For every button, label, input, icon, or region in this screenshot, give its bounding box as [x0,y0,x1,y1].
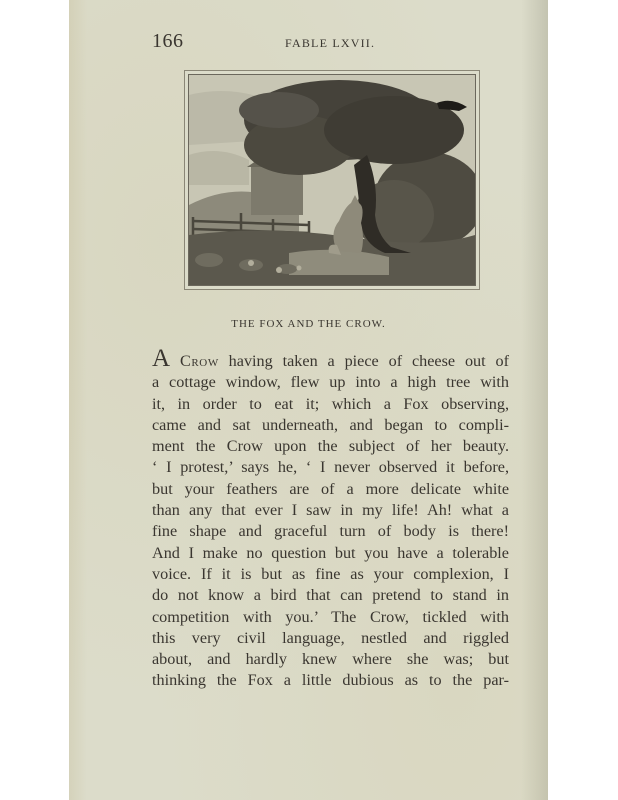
book-page: 166 FABLE LXVII. [69,0,548,800]
fable-title: THE FOX AND THE CROW. [69,318,548,330]
text-line: fine shape and graceful turn of body is … [152,521,509,542]
fable-body: A Crow having taken a piece of cheese ou… [152,346,509,692]
text-line-content: having taken a piece of cheese out of [219,352,509,370]
text-line: than any that ever I saw in my life! Ah!… [152,500,509,521]
running-head: 166 FABLE LXVII. [69,30,548,54]
text-line: competition with you.’ The Crow, tickled… [152,607,509,628]
text-line: this very civil language, nestled and ri… [152,628,509,649]
page-number: 166 [152,30,184,53]
text-line: about, and hardly knew where she was; bu… [152,649,509,670]
text-line: but your feathers are of a more delicate… [152,479,509,500]
text-line: A Crow having taken a piece of cheese ou… [152,346,509,372]
fox-and-crow-engraving-icon [189,75,475,285]
text-line: came and sat underneath, and began to co… [152,415,509,436]
text-line: thinking the Fox a little dubious as to … [152,670,509,691]
text-line: voice. If it is but as fine as your comp… [152,564,509,585]
first-word: Crow [180,352,219,370]
text-line: ment the Crow upon the subject of her be… [152,436,509,457]
text-line: And I make no question but you have a to… [152,543,509,564]
fable-heading: FABLE LXVII. [285,36,375,51]
text-line: a cottage window, flew up into a high tr… [152,372,509,393]
text-line: ‘ I protest,’ says he, ‘ I never observe… [152,457,509,478]
fable-illustration [188,74,476,286]
text-line: do not know a bird that can pretend to s… [152,585,509,606]
text-line: it, in order to eat it; which a Fox obse… [152,394,509,415]
initial-letter: A [152,345,170,372]
